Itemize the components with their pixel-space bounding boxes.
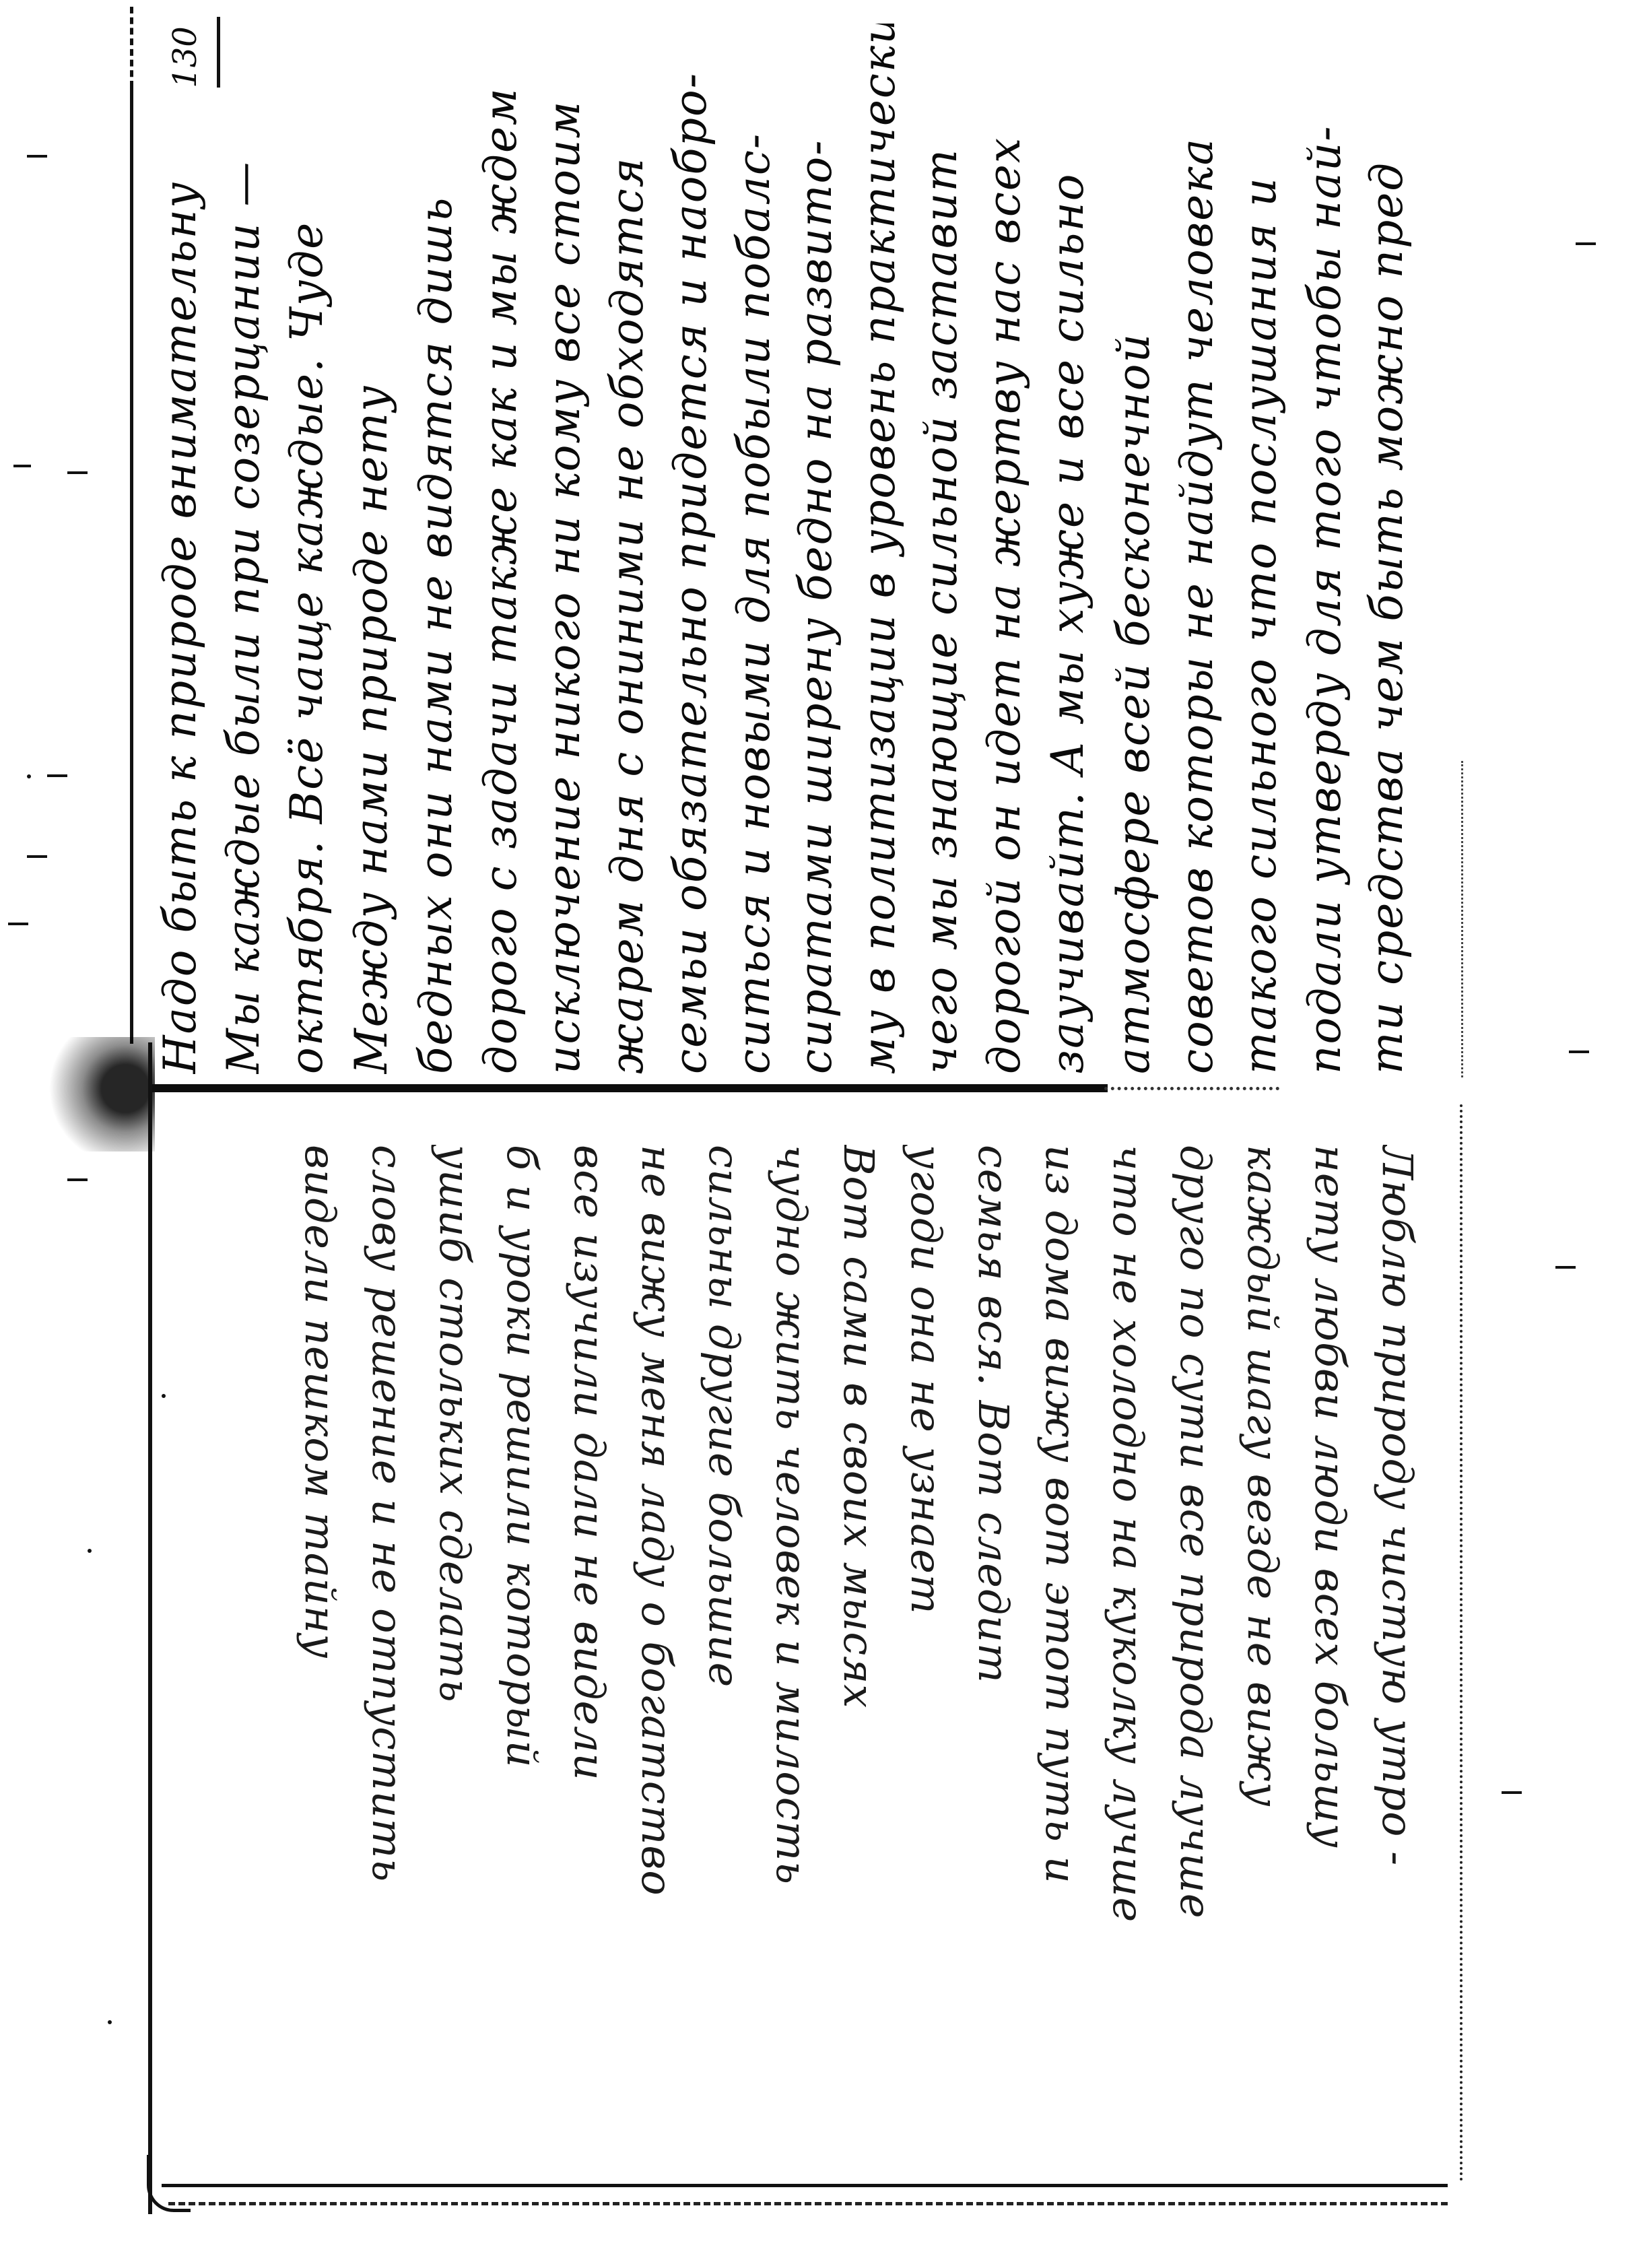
upper-line-2: Мы каждые были при созерцании — [217, 24, 271, 1074]
lower-line-11: сильны другие большие [697, 1145, 751, 2168]
upper-line-7: исключение никого ни кому все стоим [537, 24, 591, 1074]
upper-line-6: дорого с задачи также как и мы ждем [474, 24, 528, 1074]
upper-line-13: чего мы знающие сильной заставит [914, 24, 968, 1074]
lower-line-6: из дома вижу вот этот путь и [1034, 1145, 1087, 2168]
lower-line-1: Люблю природу чистую утро - [1370, 1145, 1424, 2168]
scan-noise [13, 465, 31, 467]
lower-page-bottom-edge-shadow [168, 2202, 1448, 2205]
scan-noise [108, 2020, 112, 2024]
scan-noise [27, 855, 47, 858]
lower-page-left-edge [148, 1042, 152, 2214]
upper-line-19: подали утверду для того чтобы най- [1298, 24, 1352, 1074]
scan-noise [8, 923, 28, 925]
upper-line-14: дорогой он идет на жертву нас всех [978, 24, 1032, 1074]
lower-line-5: что не холодно на куколку лучше [1101, 1145, 1155, 2168]
lower-page-rounded-corner [147, 2155, 191, 2212]
lower-line-9: Вот сами в своих мысях [832, 1145, 885, 2168]
lower-line-12: не вижу меня ладу о богатство [630, 1145, 683, 2168]
scan-blotch [37, 1037, 155, 1152]
lower-line-17: видели пешком тайну [293, 1145, 347, 2168]
upper-line-4: Между нами природе нету [345, 24, 399, 1074]
upper-line-15: заучивайт. А мы хуже и все сильно [1041, 24, 1095, 1074]
upper-page-left-margin-line [130, 7, 133, 1044]
lower-page-bottom-edge [162, 2184, 1448, 2187]
lower-line-10: чудно жить человек и милость [764, 1145, 818, 2168]
scan-noise [1502, 1791, 1522, 1794]
upper-line-11: сиратами ширену бедно на развито- [789, 24, 843, 1074]
upper-line-8: жарем дня с ониними не обходятся [601, 24, 654, 1074]
scan-noise [67, 471, 88, 474]
upper-line-5: бедных они нами не видятся дишь [409, 24, 463, 1074]
upper-line-1: Надо быть к природе внимательну [154, 24, 207, 1074]
upper-line-16: атмосфере всей бесконечной [1107, 24, 1161, 1074]
scan-noise [27, 155, 47, 158]
lower-line-16: слову решение и не отпустить [360, 1145, 414, 2168]
scan-noise [1576, 242, 1596, 245]
scan-noise [27, 774, 31, 778]
lower-line-8: угоди она не узнает [899, 1145, 953, 2168]
scan-noise [162, 1394, 166, 1398]
lower-page-right-margin [1460, 1104, 1463, 2182]
lower-line-2: нету любви люди всех большу [1303, 1145, 1357, 2168]
upper-line-20: ти средства чем быть можно пред [1360, 24, 1414, 1074]
scan-noise [1555, 1266, 1576, 1269]
upper-line-9: семьи обязательно придется и наобро- [664, 24, 718, 1074]
lower-line-3: каждый шагу везде не вижу [1236, 1145, 1289, 2168]
upper-page-right-edge [1461, 761, 1463, 1077]
upper-line-12: му в политизации в уровень практически [852, 24, 906, 1074]
scanned-document: 130 Надо быть к природе внимательну Мы к… [0, 0, 1647, 2268]
upper-line-3: октября. Всё чаще каждые. Чуде [280, 24, 334, 1074]
scan-noise [67, 1178, 88, 1181]
lower-line-13: все изучили дали не видели [562, 1145, 616, 2168]
lower-line-14: б и уроки решили который [495, 1145, 549, 2168]
upper-page-margin-dash [130, 7, 133, 88]
upper-line-17: советов которы не найдут человека [1170, 24, 1224, 1074]
lower-line-15: ушиб стольких сделать [428, 1145, 481, 2168]
scan-noise [88, 1549, 92, 1553]
scan-noise [47, 774, 67, 777]
page-fold-line [152, 1084, 1108, 1092]
page-fold-fade [1104, 1087, 1279, 1090]
lower-line-4: друго по сути все природа лучше [1168, 1145, 1222, 2168]
upper-line-10: ситься и новыми для побыли побалс- [727, 24, 781, 1074]
lower-line-7: семья вся. Вот следит [966, 1145, 1020, 2168]
upper-line-18: такого сильного что послушания и [1234, 24, 1287, 1074]
scan-noise [1569, 1050, 1589, 1053]
